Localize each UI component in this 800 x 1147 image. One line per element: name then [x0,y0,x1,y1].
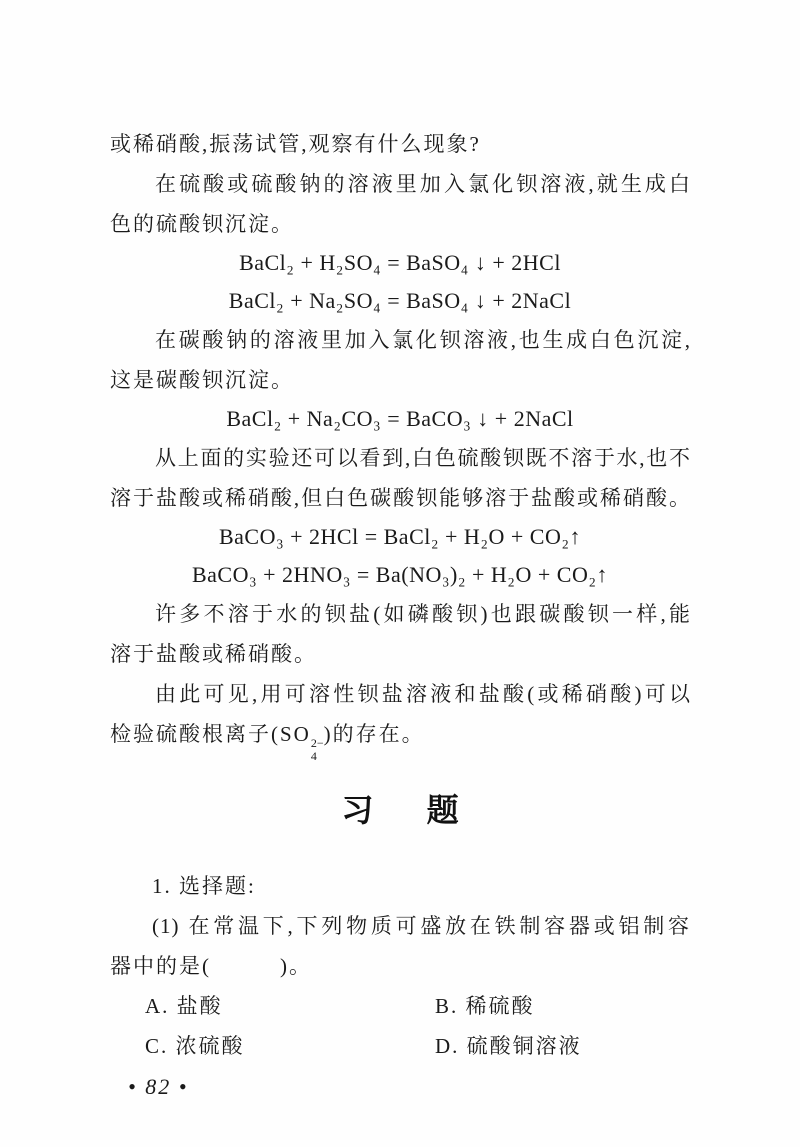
sulfate-ion-formula: 2−4 [311,737,324,762]
body-line-4: 在碳酸钠的溶液里加入氯化钡溶液,也生成白色沉淀, [110,320,690,360]
page-content: 或稀硝酸,振荡试管,观察有什么现象? 在硫酸或硫酸钠的溶液里加入氯化钡溶液,就生… [110,124,690,1102]
option-d: D. 硫酸铜溶液 [435,1026,690,1066]
exercise-section-label: 1. 选择题: [110,866,690,906]
question-1-line-2: 器中的是( )。 [110,946,690,986]
chemical-equation-3: BaCl₂ + Na₂CO₃ = BaCO₃ ↓ + 2NaCl [110,400,690,438]
exercises-heading: 习 题 [110,788,690,832]
body-line-sulfate: 检验硫酸根离子(SO2−4)的存在。 [110,714,690,762]
ion-superscript: 2− [311,737,324,750]
option-c: C. 浓硫酸 [145,1026,435,1066]
body-line-7: 溶于盐酸或稀硝酸,但白色碳酸钡能够溶于盐酸或稀硝酸。 [110,478,690,518]
question-1-line-1: (1) 在常温下,下列物质可盛放在铁制容器或铝制容 [110,906,690,946]
chemical-equation-5: BaCO₃ + 2HNO₃ = Ba(NO₃)₂ + H₂O + CO₂↑ [110,556,690,594]
sulfate-sentence-suffix: )的存在。 [324,722,425,746]
sulfate-sentence-prefix: 检验硫酸根离子(SO [110,722,311,746]
chemical-equation-1: BaCl₂ + H₂SO₄ = BaSO₄ ↓ + 2HCl [110,244,690,282]
body-line-5: 这是碳酸钡沉淀。 [110,360,690,400]
option-a: A. 盐酸 [145,986,435,1026]
option-b: B. 稀硫酸 [435,986,690,1026]
chemical-equation-2: BaCl₂ + Na₂SO₄ = BaSO₄ ↓ + 2NaCl [110,282,690,320]
textbook-page: 或稀硝酸,振荡试管,观察有什么现象? 在硫酸或硫酸钠的溶液里加入氯化钡溶液,就生… [0,0,800,1147]
body-line-10: 由此可见,用可溶性钡盐溶液和盐酸(或稀硝酸)可以 [110,674,690,714]
body-line-1: 或稀硝酸,振荡试管,观察有什么现象? [110,124,690,164]
body-line-2: 在硫酸或硫酸钠的溶液里加入氯化钡溶液,就生成白 [110,164,690,204]
options-grid: A. 盐酸 B. 稀硫酸 C. 浓硫酸 D. 硫酸铜溶液 [110,986,690,1066]
ion-subscript: 4 [311,750,317,763]
body-line-6: 从上面的实验还可以看到,白色硫酸钡既不溶于水,也不 [110,438,690,478]
body-line-3: 色的硫酸钡沉淀。 [110,204,690,244]
chemical-equation-4: BaCO₃ + 2HCl = BaCl₂ + H₂O + CO₂↑ [110,518,690,556]
body-line-8: 许多不溶于水的钡盐(如磷酸钡)也跟碳酸钡一样,能 [110,594,690,634]
body-line-9: 溶于盐酸或稀硝酸。 [110,634,690,674]
page-number: • 82 • [128,1072,690,1102]
